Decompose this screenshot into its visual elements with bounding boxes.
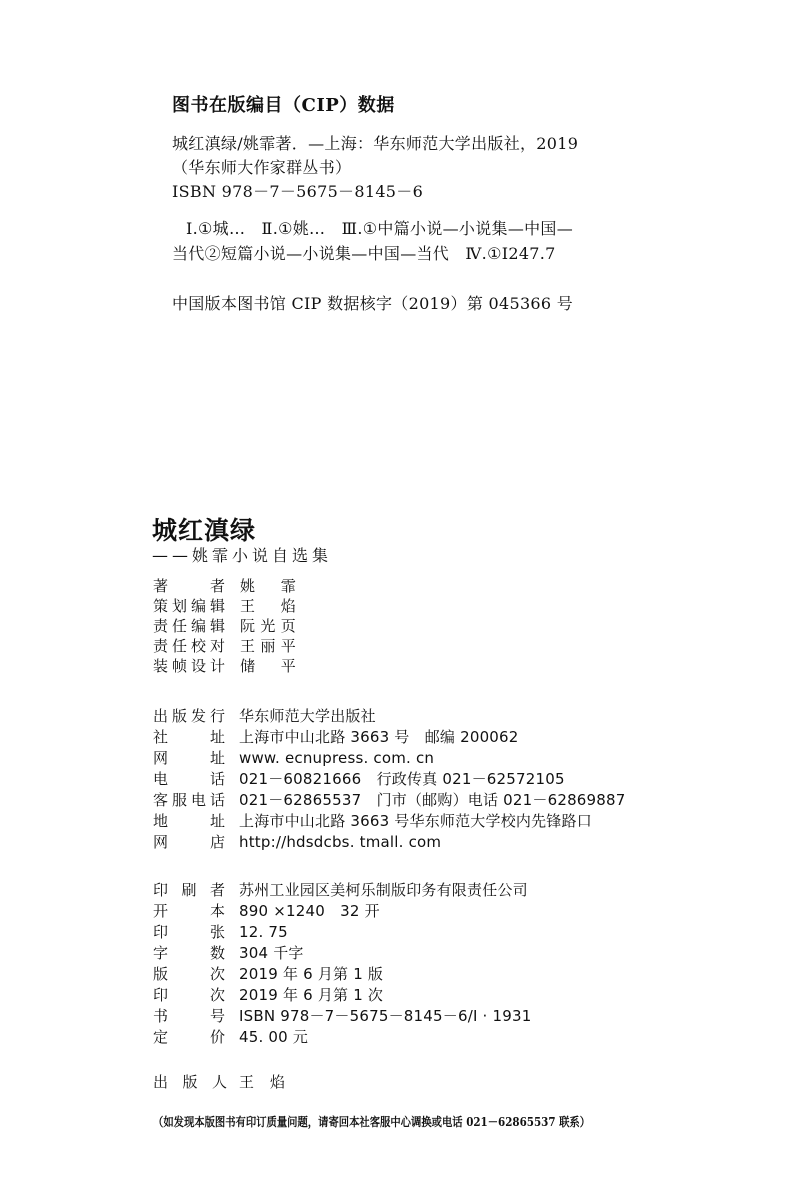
info-label: 地址 [153,811,225,832]
cip-bibliographic-line: 城红滇绿/姚霏著．—上海：华东师范大学出版社，2019 [172,131,578,154]
credit-value: 姚霏 [240,576,296,596]
print-label: 字数 [153,943,225,964]
info-label: 网店 [153,832,225,853]
credit-value: 王丽平 [240,636,296,656]
book-subtitle: ——姚霏小说自选集 [152,543,332,566]
credit-value: 储平 [240,656,296,676]
print-value: 45. 00 元 [239,1027,308,1048]
info-value: 021－60821666 行政传真 021－62572105 [239,769,565,790]
print-label: 印张 [153,922,225,943]
info-label: 出版发行 [153,706,225,727]
cip-series-line: （华东师大作家群丛书） [172,155,351,178]
credit-label: 责任编辑 [153,616,225,636]
credit-label: 著者 [153,576,225,596]
print-label: 版次 [153,964,225,985]
print-value: 2019 年 6 月第 1 次 [239,985,383,1006]
print-value: 890 ×1240 32 开 [239,901,380,922]
publisher-person: 出版人王焰 [153,1071,285,1092]
credit-label: 装帧设计 [153,656,225,676]
print-label: 定价 [153,1027,225,1048]
footer-quality-note: （如发现本版图书有印订质量问题，请寄回本社客服中心调换或电话 021－62865… [153,1113,590,1130]
info-label: 电话 [153,769,225,790]
online-store-link: http://hdsdcbs. tmall. com [239,832,441,853]
website-link: www. ecnupress. com. cn [239,748,434,769]
info-value: 华东师范大学出版社 [239,706,376,727]
credit-value: 阮光页 [240,616,296,636]
publisher-person-name: 王焰 [239,1071,285,1092]
print-value: ISBN 978－7－5675－8145－6/I · 1931 [239,1006,531,1027]
print-value: 12. 75 [239,922,288,943]
info-label: 网址 [153,748,225,769]
credit-value: 王焰 [240,596,296,616]
credit-label: 责任校对 [153,636,225,656]
print-value: 304 千字 [239,943,304,964]
cip-subject-index-line-1: Ⅰ.①城… Ⅱ.①姚… Ⅲ.①中篇小说—小说集—中国— [186,216,573,239]
info-value: 021－62865537 门市（邮购）电话 021－62869887 [239,790,626,811]
info-value: 上海市中山北路 3663 号华东师范大学校内先锋路口 [239,811,592,832]
publisher-person-label: 出版人 [153,1071,227,1092]
info-label: 社址 [153,727,225,748]
cip-subject-index-line-2: 当代②短篇小说—小说集—中国—当代 Ⅳ.①I247.7 [172,241,556,264]
print-value: 苏州工业园区美柯乐制版印务有限责任公司 [239,880,528,901]
cip-record-number: 中国版本图书馆 CIP 数据核字（2019）第 045366 号 [172,291,573,314]
print-label: 开本 [153,901,225,922]
print-label: 印刷者 [153,880,225,901]
print-value: 2019 年 6 月第 1 版 [239,964,383,985]
credit-label: 策划编辑 [153,596,225,616]
info-value: 上海市中山北路 3663 号 邮编 200062 [239,727,519,748]
print-label: 印次 [153,985,225,1006]
book-title: 城红滇绿 [152,511,256,547]
info-label: 客服电话 [153,790,225,811]
print-label: 书号 [153,1006,225,1027]
cip-heading: 图书在版编目（CIP）数据 [172,91,395,117]
cip-isbn-line: ISBN 978－7－5675－8145－6 [172,179,423,202]
